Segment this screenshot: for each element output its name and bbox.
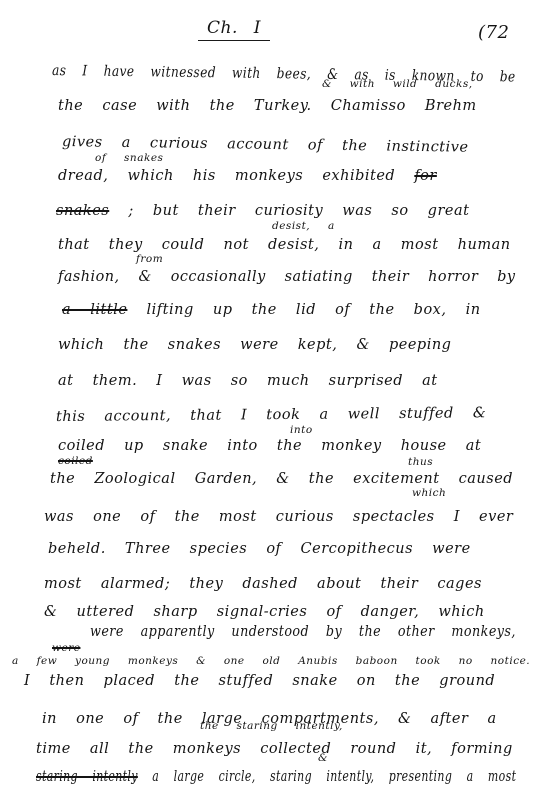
manuscript-line: staring intently a large circle, staring…: [36, 768, 516, 786]
manuscript-line: fashion, & occasionally satiating their …: [58, 268, 516, 286]
line-text: ; but their curiosity was so great: [128, 203, 469, 219]
manuscript-line: snakes ; but their curiosity was so grea…: [56, 202, 469, 220]
struck-word: were: [52, 642, 80, 654]
page-number: (72: [478, 22, 509, 43]
manuscript-page: Ch. I (72 as I have witnessed with bees,…: [0, 0, 540, 809]
line-text: a large circle, staring intently, presen…: [152, 769, 516, 785]
chapter-heading: Ch. I: [198, 18, 270, 41]
line-text: that they could not desist, in a most hu…: [58, 237, 511, 253]
manuscript-line: this account, that I took a well stuffed…: [56, 404, 486, 426]
manuscript-line: was one of the most curious spectacles I…: [44, 508, 513, 526]
line-text: coiled up snake into the monkey house at: [58, 438, 481, 454]
interlinear-insertion: which: [412, 487, 446, 499]
manuscript-line: coiled up snake into the monkey house at: [58, 437, 481, 455]
manuscript-line: that they could not desist, in a most hu…: [58, 236, 511, 254]
line-text: at them. I was so much surprised at: [58, 373, 438, 389]
interlinear-insertion: thus: [408, 456, 433, 468]
interlinear-insertion: from: [136, 253, 163, 265]
line-text: beheld. Three species of Cercopithecus w…: [48, 541, 471, 557]
line-text: most alarmed; they dashed about their ca…: [44, 576, 482, 592]
manuscript-line: most alarmed; they dashed about their ca…: [44, 575, 482, 593]
interlinear-insertion: & with wild ducks,: [322, 78, 473, 90]
line-text: & uttered sharp signal-cries of danger, …: [44, 604, 485, 620]
line-text: lifting up the lid of the box, in: [147, 302, 481, 318]
manuscript-line: beheld. Three species of Cercopithecus w…: [48, 540, 471, 558]
line-text: the case with the Turkey. Chamisso Brehm: [58, 98, 477, 114]
margin-insertion: a few young monkeys & one old Anubis bab…: [12, 655, 530, 667]
manuscript-line: the Zoological Garden, & the excitement …: [50, 470, 513, 488]
line-text: which the snakes were kept, & peeping: [58, 337, 451, 353]
manuscript-line: time all the monkeys collected round it,…: [36, 740, 513, 758]
interlinear-insertion: the staring intently,: [200, 720, 343, 732]
line-text: were apparently understood by the other …: [90, 624, 516, 640]
struck-word: a little: [62, 302, 127, 318]
manuscript-line: dread, which his monkeys exhibited for: [58, 167, 437, 185]
struck-word: coiled: [58, 455, 93, 467]
interlinear-insertion: into: [290, 424, 313, 436]
manuscript-line: were apparently understood by the other …: [90, 623, 516, 641]
line-text: time all the monkeys collected round it,…: [36, 741, 513, 757]
manuscript-line: at them. I was so much surprised at: [58, 372, 438, 390]
line-text: I then placed the stuffed snake on the g…: [24, 673, 495, 689]
interlinear-insertion: &: [318, 752, 328, 764]
struck-word: snakes: [56, 203, 109, 219]
manuscript-line: a little lifting up the lid of the box, …: [62, 301, 481, 319]
manuscript-line: which the snakes were kept, & peeping: [58, 336, 451, 354]
interlinear-insertion: desist, a: [272, 220, 335, 232]
line-text: the Zoological Garden, & the excitement …: [50, 471, 513, 487]
line-text: was one of the most curious spectacles I…: [44, 509, 513, 525]
line-text: fashion, & occasionally satiating their …: [58, 269, 516, 285]
interlinear-insertion: of snakes: [95, 152, 163, 164]
line-text: dread, which his monkeys exhibited: [58, 168, 395, 184]
manuscript-line: the case with the Turkey. Chamisso Brehm: [58, 97, 477, 115]
struck-word: staring intently: [36, 769, 138, 785]
manuscript-line: & uttered sharp signal-cries of danger, …: [44, 603, 485, 621]
manuscript-line: I then placed the stuffed snake on the g…: [24, 672, 495, 690]
struck-word: for: [414, 168, 437, 184]
line-text: this account, that I took a well stuffed…: [56, 405, 486, 425]
